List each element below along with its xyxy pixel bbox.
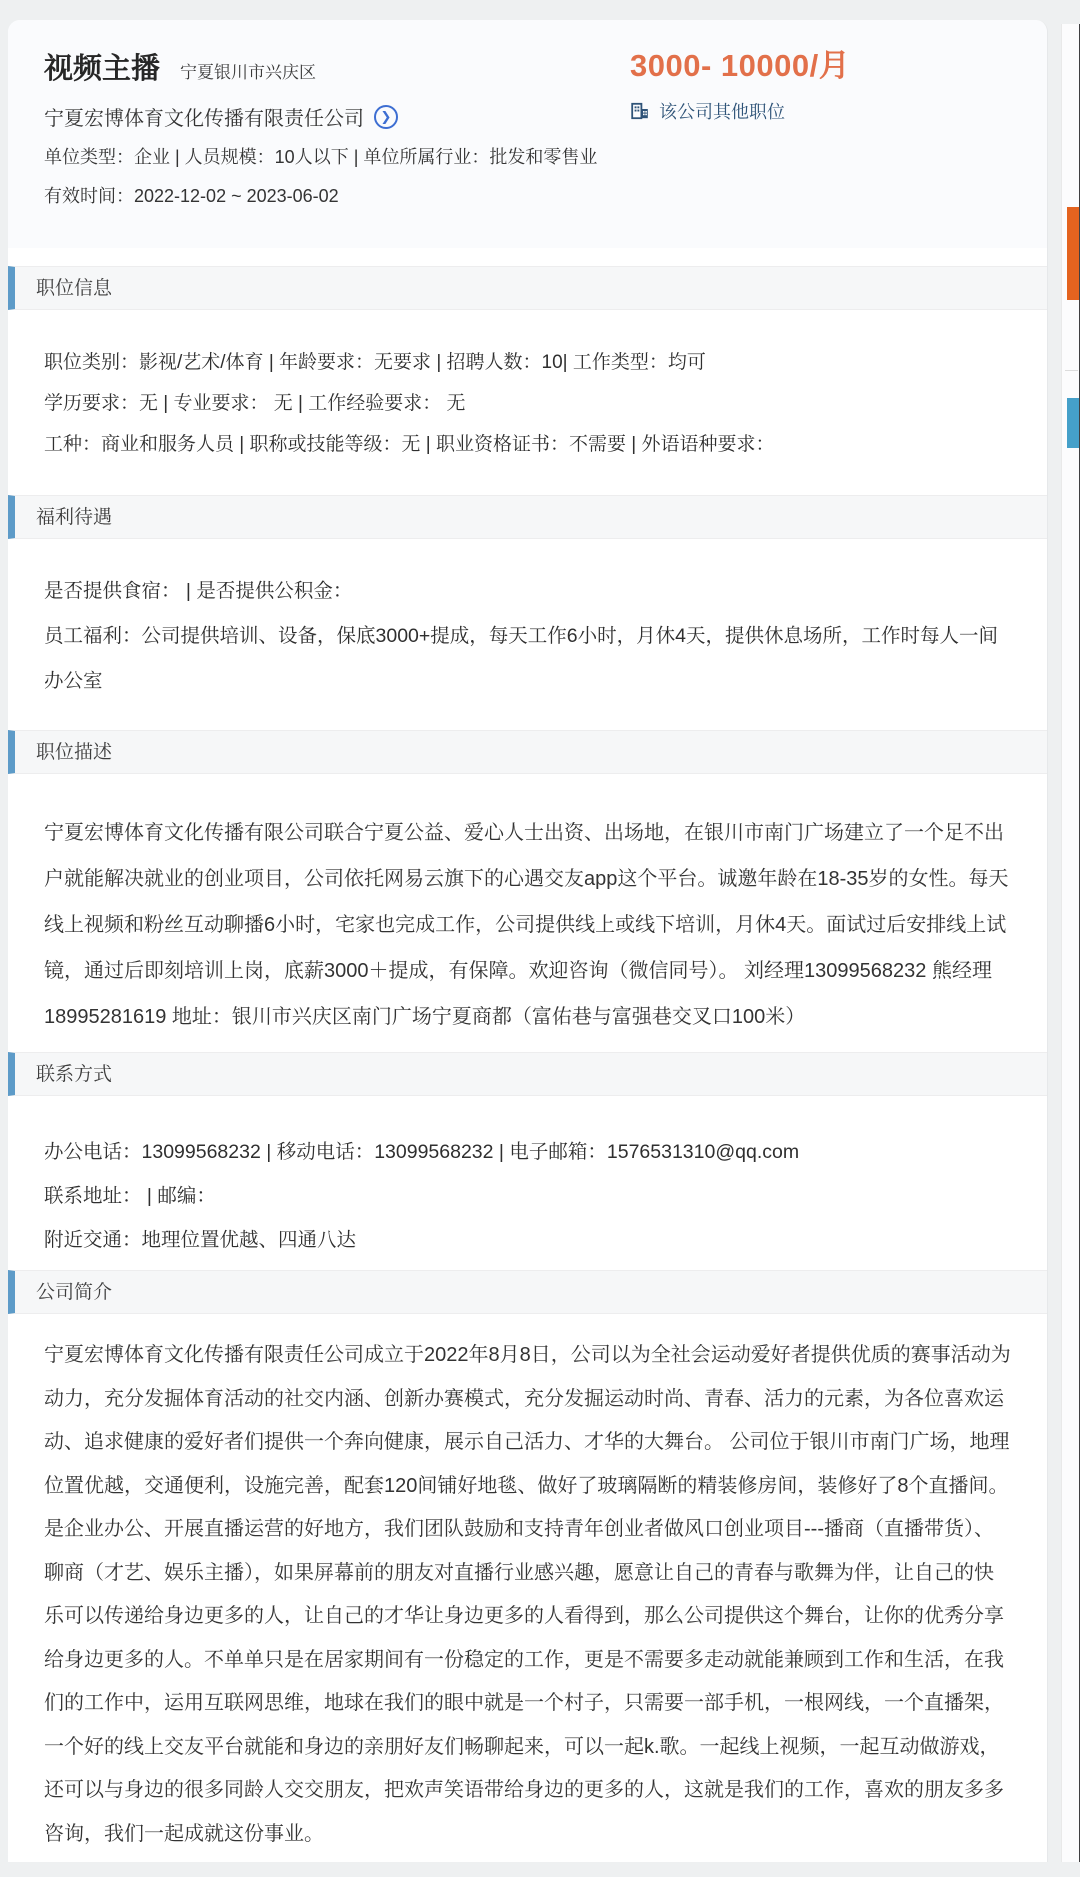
section-body-job-info: 职位类别：影视/艺术/体育 | 年龄要求：无要求 | 招聘人数：10| 工作类型… (8, 310, 1047, 495)
company-name: 宁夏宏博体育文化传播有限责任公司 (44, 102, 364, 131)
benefits-line-1: 是否提供食宿： | 是否提供公积金： (44, 569, 1011, 614)
company-row: 宁夏宏博体育文化传播有限责任公司 ❯ (44, 102, 1011, 131)
job-location: 宁夏银川市兴庆区 (180, 58, 316, 83)
contact-line-1: 办公电话：13099568232 | 移动电话：13099568232 | 电子… (44, 1130, 1011, 1174)
job-title: 视频主播 (44, 50, 160, 88)
company-profile-paragraph: 宁夏宏博体育文化传播有限责任公司成立于2022年8月8日，公司以为全社会运动爱好… (44, 1334, 1011, 1856)
title-row: 视频主播 宁夏银川市兴庆区 (44, 50, 1011, 88)
contact-line-3: 附近交通：地理位置优越、四通八达 (44, 1218, 1011, 1262)
section-title-description: 职位描述 (8, 730, 1047, 774)
job-info-line-2: 学历要求：无 | 专业要求： 无 | 工作经验要求： 无 (44, 383, 1011, 424)
job-info-line-1: 职位类别：影视/艺术/体育 | 年龄要求：无要求 | 招聘人数：10| 工作类型… (44, 342, 1011, 383)
section-title-company-profile: 公司简介 (8, 1270, 1047, 1314)
other-jobs-label: 该公司其他职位 (659, 98, 785, 124)
rail-button-orange[interactable] (1067, 207, 1079, 300)
salary-range: 3000- 10000/月 (630, 46, 850, 86)
section-description: 职位描述 宁夏宏博体育文化传播有限公司联合宁夏公益、爱心人士出资、出场地，在银川… (8, 730, 1047, 1052)
job-header-card: 视频主播 宁夏银川市兴庆区 宁夏宏博体育文化传播有限责任公司 ❯ 单位类型：企业… (8, 20, 1047, 248)
section-job-info: 职位信息 职位类别：影视/艺术/体育 | 年龄要求：无要求 | 招聘人数：10|… (8, 266, 1047, 495)
section-body-contact: 办公电话：13099568232 | 移动电话：13099568232 | 电子… (8, 1096, 1047, 1270)
section-body-benefits: 是否提供食宿： | 是否提供公积金： 员工福利：公司提供培训、设备，保底3000… (8, 539, 1047, 730)
section-company-profile: 公司简介 宁夏宏博体育文化传播有限责任公司成立于2022年8月8日，公司以为全社… (8, 1270, 1047, 1860)
job-info-line-3: 工种：商业和服务人员 | 职称或技能等级：无 | 职业资格证书：不需要 | 外语… (44, 424, 1011, 465)
rail-divider (1065, 370, 1078, 371)
section-title-job-info: 职位信息 (8, 266, 1047, 310)
contact-line-2: 联系地址： | 邮编： (44, 1174, 1011, 1218)
section-benefits: 福利待遇 是否提供食宿： | 是否提供公积金： 员工福利：公司提供培训、设备，保… (8, 495, 1047, 730)
section-body-description: 宁夏宏博体育文化传播有限公司联合宁夏公益、爱心人士出资、出场地，在银川市南门广场… (8, 774, 1047, 1052)
description-paragraph: 宁夏宏博体育文化传播有限公司联合宁夏公益、爱心人士出资、出场地，在银川市南门广场… (44, 810, 1011, 1040)
job-detail-page: 视频主播 宁夏银川市兴庆区 宁夏宏博体育文化传播有限责任公司 ❯ 单位类型：企业… (0, 0, 1080, 1877)
rail-button-blue[interactable] (1067, 398, 1079, 448)
section-contact: 联系方式 办公电话：13099568232 | 移动电话：13099568232… (8, 1052, 1047, 1270)
other-jobs-link[interactable]: 该公司其他职位 (630, 98, 850, 124)
section-title-contact: 联系方式 (8, 1052, 1047, 1096)
section-title-benefits: 福利待遇 (8, 495, 1047, 539)
valid-period-line: 有效时间：2022-12-02 ~ 2023-06-02 (44, 183, 1011, 209)
side-toolbar-rail (1061, 24, 1080, 1862)
chevron-right-circle-icon[interactable]: ❯ (374, 105, 398, 129)
header-right-block: 3000- 10000/月 (630, 46, 850, 124)
unit-meta-line: 单位类型：企业 | 人员规模：10人以下 | 单位所属行业：批发和零售业 (44, 144, 1011, 170)
benefits-line-2: 员工福利：公司提供培训、设备，保底3000+提成，每天工作6小时，月休4天，提供… (44, 614, 1011, 704)
content-column: 视频主播 宁夏银川市兴庆区 宁夏宏博体育文化传播有限责任公司 ❯ 单位类型：企业… (8, 20, 1048, 1862)
section-body-company-profile: 宁夏宏博体育文化传播有限责任公司成立于2022年8月8日，公司以为全社会运动爱好… (8, 1314, 1047, 1860)
building-icon (630, 101, 650, 121)
